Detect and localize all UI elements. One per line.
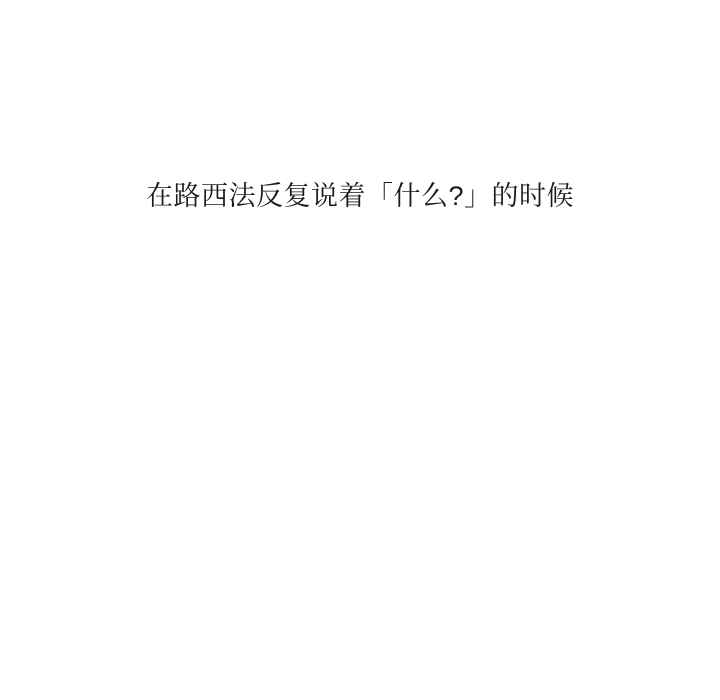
caption-text: 在路西法反复说着「什么?」的时候 <box>0 181 720 212</box>
page-background: 在路西法反复说着「什么?」的时候 <box>0 0 720 700</box>
